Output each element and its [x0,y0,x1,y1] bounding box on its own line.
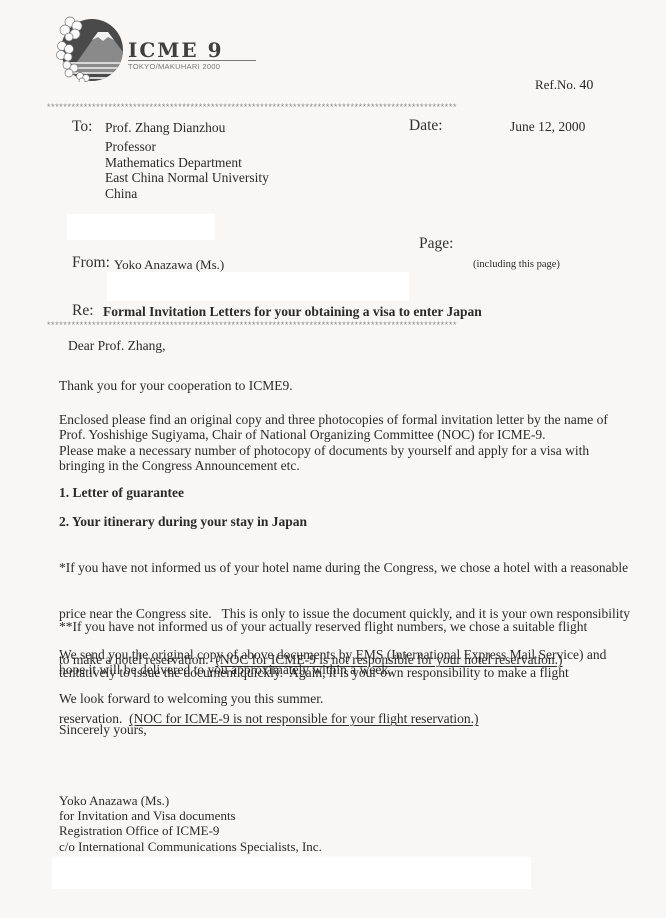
signature-line: Registration Office of ICME-9 [59,823,322,838]
ems-paragraph: We send you the original copy of above d… [59,647,649,678]
signature-line: Yoko Anazawa (Ms.) [59,793,322,808]
sender-name: Yoko Anazawa (Ms.) [114,257,224,273]
date-value: June 12, 2000 [510,119,585,135]
paragraph-line: Prof. Yoshishige Sugiyama, Chair of Nati… [59,427,649,442]
to-label: To: [72,118,92,136]
paragraph-line: Enclosed please find an original copy an… [59,412,649,427]
paragraph-line: Please make a necessary number of photoc… [59,443,649,458]
signature-line: for Invitation and Visa documents [59,808,322,823]
thanks-paragraph: Thank you for your cooperation to ICME9. [59,378,649,393]
salutation: Dear Prof. Zhang, [68,338,658,353]
address-line: Mathematics Department [105,155,269,171]
enclosed-paragraph: Enclosed please find an original copy an… [59,412,649,474]
paragraph-line: *If you have not informed us of your hot… [59,560,649,575]
redaction-box [52,857,531,889]
paragraph-line: **If you have not informed us of your ac… [59,619,649,634]
ref-value: 40 [579,78,593,93]
welcome-line: We look forward to welcoming you this su… [59,691,649,706]
paragraph-line: bringing in the Congress Announcement et… [59,458,649,473]
ref-label: Ref.No. [535,77,576,92]
from-label: From: [72,254,110,272]
redaction-box [107,272,409,301]
recipient-address: Professor Mathematics Department East Ch… [105,139,269,201]
re-label: Re: [72,302,94,320]
paragraph-line: We send you the original copy of above d… [59,647,649,662]
closing: Sincerely yours, [59,722,649,737]
section-1-heading: 1. Letter of guarantee [59,485,649,500]
date-label: Date: [409,117,443,135]
page-label: Page: [419,235,453,253]
address-line: Professor [105,139,269,155]
page-note: (including this page) [473,259,560,270]
separator-top: ****************************************… [46,103,666,113]
redaction-box [67,214,215,240]
subject-line: Formal Invitation Letters for your obtai… [103,304,482,320]
reference-number: Ref.No. 40 [535,77,593,94]
logo-title: ICME 9 [128,38,224,62]
signature-block: Yoko Anazawa (Ms.) for Invitation and Vi… [59,793,322,854]
logo-subtitle: TOKYO/MAKUHARI 2000 [128,62,220,71]
address-line: China [105,186,269,202]
address-line: East China Normal University [105,170,269,186]
logo-divider [128,60,256,61]
separator-bottom: ****************************************… [46,321,666,331]
signature-line: c/o International Communications Special… [59,839,322,854]
paragraph-line: hope it will be delivered to you approxi… [59,662,649,677]
section-2-heading: 2. Your itinerary during your stay in Ja… [59,514,649,529]
recipient-name: Prof. Zhang Dianzhou [105,120,225,136]
